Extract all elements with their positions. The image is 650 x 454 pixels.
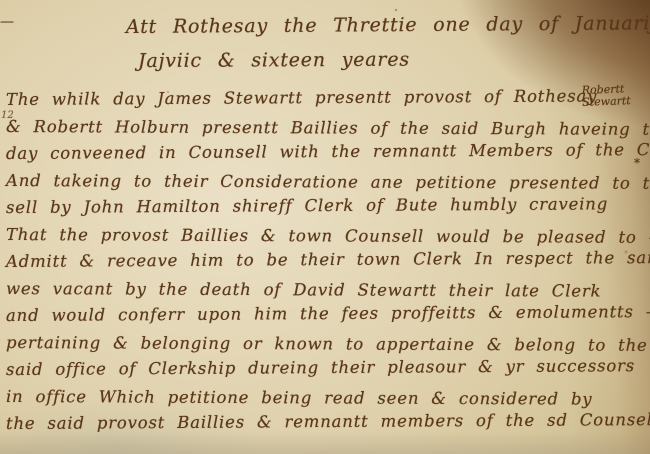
manuscript-line: the said provost Baillies & remnantt mem… (6, 410, 650, 433)
manuscript-line: sell by John Hamilton shireff Clerk of B… (6, 194, 608, 217)
manuscript-line: and would conferr upon him the fees prof… (6, 302, 650, 325)
margin-asterisk: * (634, 156, 640, 170)
heading-line-1: Att Rothesay the Threttie one day of Jan… (126, 12, 650, 38)
manuscript-line: That the provost Baillies & town Counsel… (6, 225, 650, 247)
manuscript-line: The whilk day James Stewartt presentt pr… (6, 86, 597, 109)
manuscript-line: And takeing to their Consideratione ane … (6, 171, 650, 193)
manuscript-line: wes vacant by the death of David Stewart… (6, 279, 601, 301)
manuscript-line: said office of Clerkship dureing their p… (6, 356, 635, 379)
margin-mark-folio-number: 12 (1, 110, 14, 121)
manuscript-page: Att Rothesay the Threttie one day of Jan… (0, 0, 650, 454)
manuscript-line: & Robertt Holburn presentt Baillies of t… (6, 117, 650, 139)
margin-mark-dash: — (0, 14, 14, 30)
manuscript-line: in office Which petitione being read see… (6, 387, 593, 409)
manuscript-line: day conveened in Counsell with the remna… (6, 140, 650, 163)
manuscript-line: Admitt & receave him to be their town Cl… (6, 248, 650, 271)
manuscript-line: pertaining & belonging or known to apper… (6, 333, 648, 355)
heading-line-2: Jajviic & sixteen yeares (138, 49, 410, 72)
